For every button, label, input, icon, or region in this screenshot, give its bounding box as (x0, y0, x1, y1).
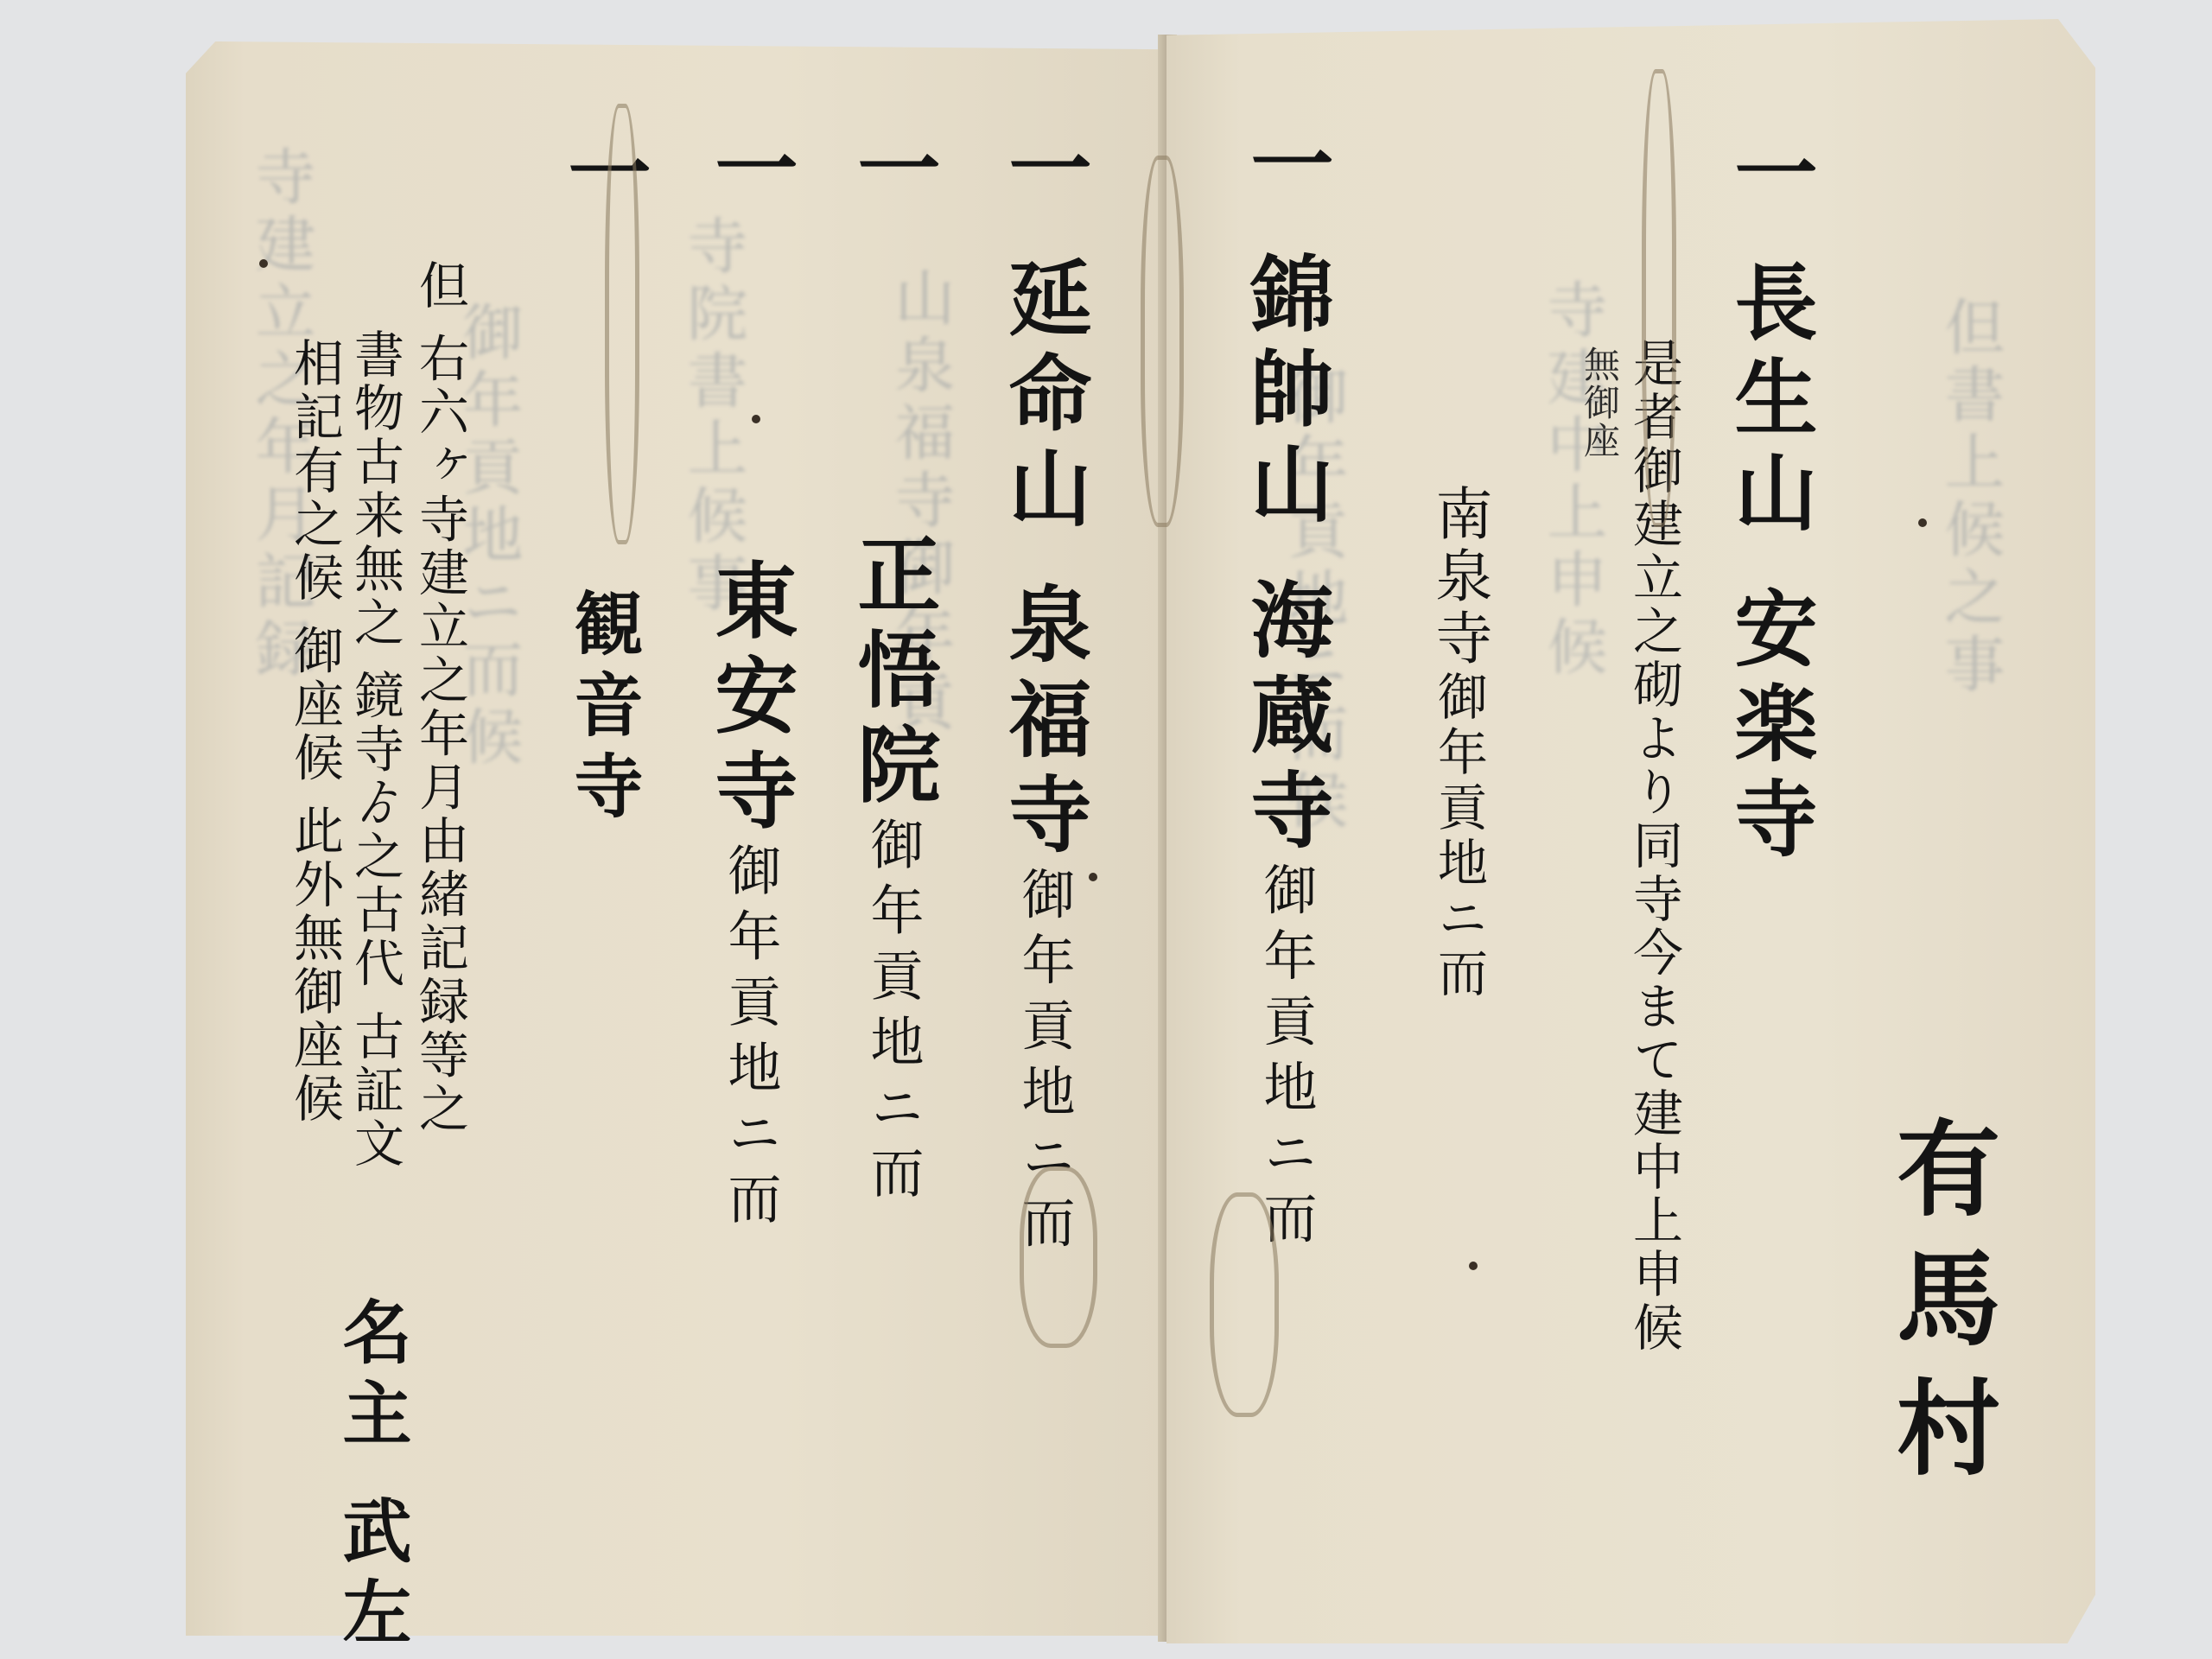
temple-name: 錦帥山 海蔵寺 (1237, 251, 1335, 861)
margin-note: 無御座 (1581, 346, 1618, 460)
temple-name: 延命山 泉福寺 (995, 255, 1093, 866)
postscript-line-2: 書物古来無之 鏡寺ゟ之古代 古証文 (350, 328, 400, 1171)
entry-note: 御年貢地ニ而 (1255, 861, 1318, 1255)
entry-bullet: 一 (709, 125, 791, 220)
worm-hole (259, 259, 268, 268)
temple-name: 南泉寺 (1426, 484, 1492, 671)
entry-bullet: 一 (1244, 121, 1327, 216)
entry-kaizoji: 一錦帥山 海蔵寺御年貢地ニ而 (1244, 121, 1327, 1255)
entry-bullet: 一 (1728, 130, 1811, 225)
entry-note: 御年貢地ニ而 (861, 817, 925, 1211)
temple-name: 観音寺 (563, 588, 644, 831)
worm-hole-damage (1642, 69, 1676, 527)
ink-bleed-through: 寺建中上申候 (1529, 278, 1617, 683)
entry-senpukuji: 一延命山 泉福寺御年貢地ニ而 (1002, 125, 1085, 1260)
worm-hole (1469, 1262, 1478, 1270)
worm-hole-damage (1020, 1166, 1097, 1348)
worm-hole-damage (605, 104, 639, 544)
entry-toanji: 一東安寺御年貢地ニ而 (709, 125, 791, 1236)
entry-bullet: 一 (1002, 125, 1085, 220)
postscript-line-1: 但 右六ヶ寺建立之年月由緒記録等之 (415, 259, 465, 1135)
entry-anrakuji: 一長生山 安楽寺 (1728, 130, 1811, 870)
village-name: 有馬村 (1888, 1115, 1992, 1503)
temple-name: 長生山 安楽寺 (1721, 259, 1819, 870)
worm-hole (1089, 873, 1097, 881)
worm-hole-damage (1210, 1192, 1279, 1417)
temple-name: 正悟院 (844, 531, 942, 817)
worm-hole (1918, 518, 1927, 527)
worm-hole (752, 415, 760, 423)
entry-note: 御年貢地ニ而 (719, 842, 782, 1236)
postscript-line-3: 相記有之候 御座候 此外無御座候 (289, 337, 340, 1126)
signature: 名主 武左 (337, 1296, 406, 1657)
entry-bullet: 一 (851, 125, 934, 220)
entry-note: 御年貢地ニ而 (1429, 671, 1488, 1002)
entry-shogoin: 一正悟院御年貢地ニ而 (851, 125, 934, 1211)
worm-hole-damage (1141, 156, 1184, 527)
entry-nansenji: 南泉寺御年貢地ニ而 (1430, 484, 1487, 1002)
ink-bleed-through: 但書上候之事 (1927, 296, 2014, 700)
temple-name: 東安寺 (702, 557, 799, 842)
document-photo: 寺建立之年月記録 御年貢地ニ而候 寺院書上候事 山泉福寺御年貢 御年貢地ニ而候 … (0, 0, 2212, 1659)
